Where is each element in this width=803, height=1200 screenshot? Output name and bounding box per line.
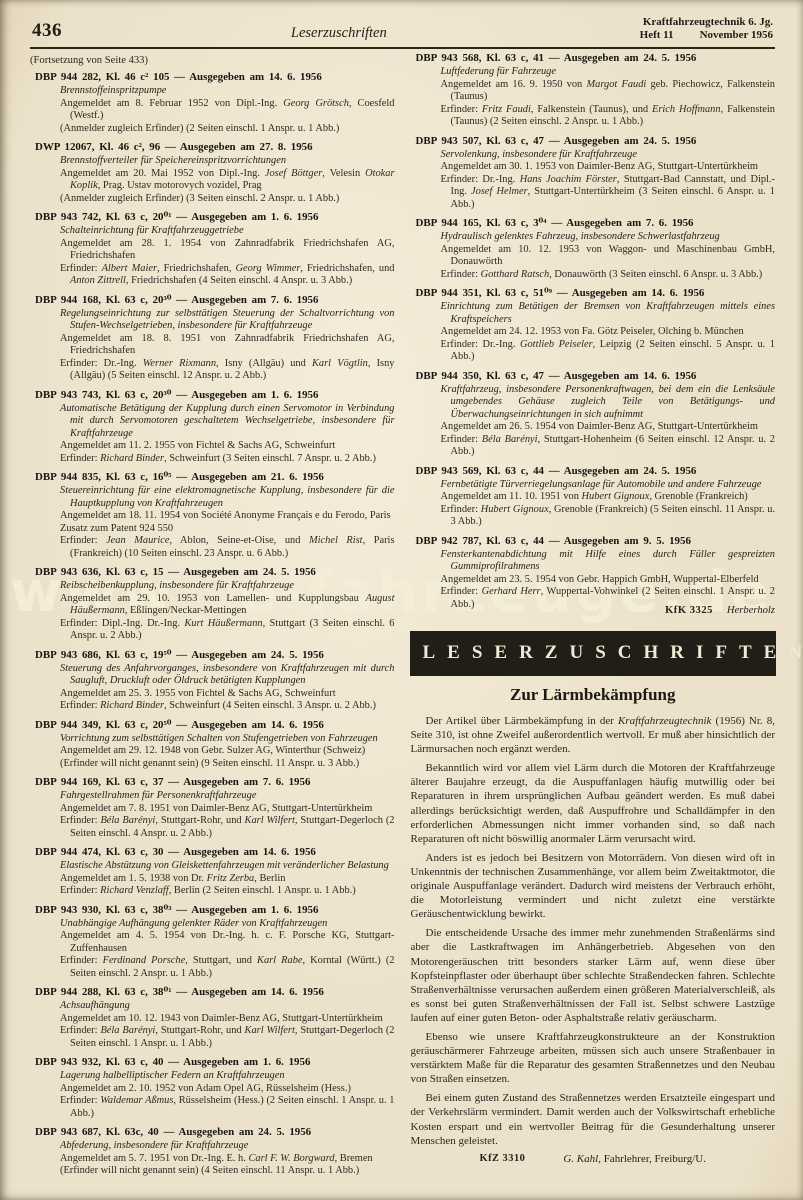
- patent-entry: DBP 944 169, Kl. 63 c, 37 — Ausgegeben a…: [30, 776, 395, 840]
- patent-title: Vorrichtung zum selbsttätigen Schalten v…: [30, 733, 395, 746]
- patent-title: Schalteinrichtung für Kraftfahrzeuggetri…: [30, 225, 395, 238]
- patent-head: DBP 944 350, Kl. 63 c, 47 — Ausgegeben a…: [416, 370, 776, 383]
- patent-detail: Angemeldet am 28. 1. 1954 von Zahnradfab…: [30, 238, 395, 263]
- patent-title: Steuereinrichtung für eine elektromagnet…: [30, 485, 395, 510]
- article-paragraph: Die entscheidende Ursache des immer mehr…: [411, 926, 776, 1025]
- patent-title: Steuerung des Anfahrvorganges, insbesond…: [30, 663, 395, 688]
- patent-detail: Angemeldet am 18. 8. 1951 von Zahnradfab…: [30, 333, 395, 358]
- patent-title: Fensterkantenabdichtung mit Hilfe eines …: [411, 549, 776, 574]
- patent-title: Fernbetätigte Türverriegelungsanlage für…: [411, 479, 776, 492]
- patent-entry: DBP 944 835, Kl. 63 c, 16⁰⁵ — Ausgegeben…: [30, 471, 395, 560]
- patent-entry: DWP 12067, Kl. 46 c², 96 — Ausgegeben am…: [30, 141, 395, 205]
- patent-column-right: DBP 943 568, Kl. 63 c, 41 — Ausgegeben a…: [411, 52, 776, 1184]
- patent-detail: Angemeldet am 18. 11. 1954 von Société A…: [30, 510, 395, 523]
- patent-detail: Angemeldet am 10. 12. 1943 von Daimler-B…: [30, 1013, 395, 1026]
- patent-detail: Erfinder: Richard Binder, Schweinfurt (4…: [30, 700, 395, 713]
- signature-code: KfZ 3310: [479, 1153, 525, 1164]
- patent-title: Kraftfahrzeug, insbesondere Personenkraf…: [411, 384, 776, 422]
- patent-entry: DBP 944 165, Kl. 63 c, 3⁰⁴ — Ausgegeben …: [411, 217, 776, 281]
- patent-detail: Angemeldet am 30. 1. 1953 von Daimler-Be…: [411, 161, 776, 174]
- signature-line: KfZ 3310 G. Kahl, Fahrlehrer, Freiburg/U…: [411, 1153, 776, 1165]
- patent-head: DBP 944 165, Kl. 63 c, 3⁰⁴ — Ausgegeben …: [416, 217, 776, 230]
- running-title: Leserzuschriften: [291, 25, 387, 42]
- patent-detail: Angemeldet am 8. Februar 1952 von Dipl.-…: [30, 98, 395, 123]
- patent-title: Servolenkung, insbesondere für Kraftfahr…: [411, 149, 776, 162]
- patent-head: DBP 943 569, Kl. 63 c, 44 — Ausgegeben a…: [416, 465, 776, 478]
- patent-head: DBP 944 351, Kl. 63 c, 51⁰⁹ — Ausgegeben…: [416, 287, 776, 300]
- patent-title: Elastische Abstützung von Gleiskettenfah…: [30, 860, 395, 873]
- patent-head: DBP 943 568, Kl. 63 c, 41 — Ausgegeben a…: [416, 52, 776, 65]
- patent-title: Abfederung, insbesondere für Kraftfahrze…: [30, 1140, 395, 1153]
- patent-detail: Erfinder: Fritz Faudi, Falkenstein (Taun…: [411, 104, 776, 129]
- patent-detail: Erfinder: Ferdinand Porsche, Stuttgart, …: [30, 955, 395, 980]
- patent-head: DBP 943 743, Kl. 63 c, 20³⁰ — Ausgegeben…: [35, 389, 395, 402]
- kfk-reference: KfK 3325Herberholz: [411, 605, 776, 616]
- patent-detail: Angemeldet am 29. 10. 1953 von Lamellen-…: [30, 593, 395, 618]
- patent-head: DBP 943 930, Kl. 63 c, 38⁰³ — Ausgegeben…: [35, 904, 395, 917]
- journal-page: www e-fahrzeuge.de 436 Leserzuschriften …: [0, 0, 803, 1200]
- patent-detail: Erfinder: Béla Barényi, Stuttgart-Rohr, …: [30, 1025, 395, 1050]
- journal-title: Kraftfahrzeugtechnik 6. Jg.: [643, 16, 773, 28]
- patent-head: DBP 944 288, Kl. 63 c, 38⁰¹ — Ausgegeben…: [35, 986, 395, 999]
- patent-title: Fahrgestellrahmen für Personenkraftfahrz…: [30, 790, 395, 803]
- patent-entry: DBP 943 932, Kl. 63 c, 40 — Ausgegeben a…: [30, 1056, 395, 1120]
- patent-entry: DBP 944 282, Kl. 46 c² 105 — Ausgegeben …: [30, 71, 395, 135]
- patent-detail: (Anmelder zugleich Erfinder) (2 Seiten e…: [30, 123, 395, 136]
- patent-title: Brennstoffverteiler für Speichereinsprit…: [30, 155, 395, 168]
- patent-detail: Erfinder: Dipl.-Ing. Dr.-Ing. Kurt Häuße…: [30, 618, 395, 643]
- patent-detail: Erfinder: Gotthard Ratsch, Donauwörth (3…: [411, 269, 776, 282]
- patent-detail: Angemeldet am 1. 5. 1938 von Dr. Fritz Z…: [30, 873, 395, 886]
- signature-author: G. Kahl, Fahrlehrer, Freiburg/U.: [563, 1153, 706, 1165]
- patent-entry: DBP 944 474, Kl. 63 c, 30 — Ausgegeben a…: [30, 846, 395, 898]
- patent-detail: Angemeldet am 2. 10. 1952 von Adam Opel …: [30, 1083, 395, 1096]
- patent-detail: Erfinder: Richard Binder, Schweinfurt (3…: [30, 453, 395, 466]
- continuation-note: (Fortsetzung von Seite 433): [30, 55, 395, 66]
- patent-title: Unabhängige Aufhängung gelenkter Räder v…: [30, 918, 395, 931]
- patent-entry: DBP 944 349, Kl. 63 c, 20⁵⁰ — Ausgegeben…: [30, 719, 395, 771]
- patent-detail: Angemeldet am 11. 10. 1951 von Hubert Gi…: [411, 491, 776, 504]
- patent-detail: Erfinder: Dr.-Ing. Hans Joachim Förster,…: [411, 174, 776, 212]
- patent-detail: Erfinder: Béla Barényi, Stuttgart-Hohenh…: [411, 434, 776, 459]
- patent-entry: DBP 943 686, Kl. 63 c, 19⁵⁰ — Ausgegeben…: [30, 649, 395, 713]
- leserzuschriften-banner: LESERZUSCHRIFTEN: [411, 632, 776, 675]
- patent-title: Reibscheibenkupplung, insbesondere für K…: [30, 580, 395, 593]
- patent-title: Hydraulisch gelenktes Fahrzeug, insbeson…: [411, 231, 776, 244]
- patent-entry: DBP 943 636, Kl. 63 c, 15 — Ausgegeben a…: [30, 566, 395, 643]
- patent-column-left: (Fortsetzung von Seite 433) DBP 944 282,…: [30, 52, 395, 1184]
- patent-entry: DBP 943 742, Kl. 63 c, 20⁰¹ — Ausgegeben…: [30, 211, 395, 288]
- patent-title: Einrichtung zum Betätigen der Bremsen vo…: [411, 301, 776, 326]
- patent-detail: Angemeldet am 16. 9. 1950 von Margot Fau…: [411, 79, 776, 104]
- patent-head: DBP 943 687, Kl. 63c, 40 — Ausgegeben am…: [35, 1126, 395, 1139]
- article-body: Der Artikel über Lärmbekämpfung in der K…: [411, 714, 776, 1148]
- patent-detail: Angemeldet am 5. 7. 1951 von Dr.-Ing. E.…: [30, 1153, 395, 1166]
- patent-detail: Erfinder: Dr.-Ing. Gottlieb Peiseler, Le…: [411, 339, 776, 364]
- patent-title: Automatische Betätigung der Kupplung dur…: [30, 403, 395, 441]
- patent-head: DBP 942 787, Kl. 63 c, 44 — Ausgegeben a…: [416, 535, 776, 548]
- article-paragraph: Der Artikel über Lärmbekämpfung in der K…: [411, 714, 776, 756]
- kfk-code: KfK 3325: [665, 605, 713, 616]
- patent-detail: Erfinder: Dr.-Ing. Werner Rixmann, Isny …: [30, 358, 395, 383]
- patent-entry: DBP 943 507, Kl. 63 c, 47 — Ausgegeben a…: [411, 135, 776, 212]
- content-columns: (Fortsetzung von Seite 433) DBP 944 282,…: [0, 52, 803, 1184]
- patent-entry: DBP 944 168, Kl. 63 c, 20³⁰ — Ausgegeben…: [30, 294, 395, 383]
- patent-detail: Erfinder: Hubert Gignoux, Grenoble (Fran…: [411, 504, 776, 529]
- patent-entry: DBP 943 569, Kl. 63 c, 44 — Ausgegeben a…: [411, 465, 776, 529]
- patent-head: DBP 943 507, Kl. 63 c, 47 — Ausgegeben a…: [416, 135, 776, 148]
- article-paragraph: Anders ist es jedoch bei Besitzern von M…: [411, 851, 776, 921]
- article-title: Zur Lärmbekämpfung: [411, 685, 776, 705]
- patent-detail: Angemeldet am 20. Mai 1952 von Dipl.-Ing…: [30, 168, 395, 193]
- patent-detail: (Erfinder will nicht genannt sein) (4 Se…: [30, 1165, 395, 1178]
- patent-detail: Angemeldet am 4. 5. 1954 von Dr.-Ing. h.…: [30, 930, 395, 955]
- patent-head: DBP 944 835, Kl. 63 c, 16⁰⁵ — Ausgegeben…: [35, 471, 395, 484]
- patent-detail: Angemeldet am 25. 3. 1955 von Fichtel & …: [30, 688, 395, 701]
- article-paragraph: Ebenso wie unsere Kraftfahrzeugkonstrukt…: [411, 1030, 776, 1086]
- patent-entry: DBP 944 350, Kl. 63 c, 47 — Ausgegeben a…: [411, 370, 776, 459]
- patent-detail: Erfinder: Jean Maurice, Ablon, Seine-et-…: [30, 535, 395, 560]
- patent-entry: DBP 943 930, Kl. 63 c, 38⁰³ — Ausgegeben…: [30, 904, 395, 981]
- patent-list-right: DBP 943 568, Kl. 63 c, 41 — Ausgegeben a…: [411, 52, 776, 611]
- kfk-author: Herberholz: [727, 605, 775, 616]
- patent-detail: Erfinder: Albert Maier, Friedrichshafen,…: [30, 263, 395, 288]
- patent-head: DBP 944 282, Kl. 46 c² 105 — Ausgegeben …: [35, 71, 395, 84]
- issue-date: November 1956: [700, 29, 773, 41]
- patent-detail: Angemeldet am 24. 12. 1953 von Fa. Götz …: [411, 326, 776, 339]
- patent-head: DBP 943 742, Kl. 63 c, 20⁰¹ — Ausgegeben…: [35, 211, 395, 224]
- patent-head: DBP 944 349, Kl. 63 c, 20⁵⁰ — Ausgegeben…: [35, 719, 395, 732]
- patent-head: DBP 944 169, Kl. 63 c, 37 — Ausgegeben a…: [35, 776, 395, 789]
- page-number: 436: [32, 20, 62, 42]
- patent-detail: Angemeldet am 23. 5. 1954 von Gebr. Happ…: [411, 574, 776, 587]
- patent-detail: Erfinder: Richard Venzlaff, Berlin (2 Se…: [30, 885, 395, 898]
- patent-entry: DBP 943 743, Kl. 63 c, 20³⁰ — Ausgegeben…: [30, 389, 395, 466]
- patent-detail: Erfinder: Béla Barényi, Stuttgart-Rohr, …: [30, 815, 395, 840]
- patent-title: Achsaufhängung: [30, 1000, 395, 1013]
- patent-title: Regelungseinrichtung zur selbsttätigen S…: [30, 308, 395, 333]
- patent-title: Luftfederung für Fahrzeuge: [411, 66, 776, 79]
- patent-detail: Angemeldet am 11. 2. 1955 von Fichtel & …: [30, 440, 395, 453]
- patent-head: DBP 943 686, Kl. 63 c, 19⁵⁰ — Ausgegeben…: [35, 649, 395, 662]
- patent-entry: DBP 944 351, Kl. 63 c, 51⁰⁹ — Ausgegeben…: [411, 287, 776, 364]
- patent-detail: Angemeldet am 7. 8. 1951 von Daimler-Ben…: [30, 803, 395, 816]
- patent-detail: (Anmelder zugleich Erfinder) (3 Seiten e…: [30, 193, 395, 206]
- patent-head: DBP 943 636, Kl. 63 c, 15 — Ausgegeben a…: [35, 566, 395, 579]
- article-paragraph: Bekanntlich wird vor allem viel Lärm dur…: [411, 761, 776, 846]
- patent-head: DBP 943 932, Kl. 63 c, 40 — Ausgegeben a…: [35, 1056, 395, 1069]
- patent-head: DBP 944 474, Kl. 63 c, 30 — Ausgegeben a…: [35, 846, 395, 859]
- patent-entry: DBP 943 687, Kl. 63c, 40 — Ausgegeben am…: [30, 1126, 395, 1178]
- patent-detail: Angemeldet am 29. 12. 1948 von Gebr. Sul…: [30, 745, 395, 758]
- article-paragraph: Bei einem guten Zustand des Straßennetze…: [411, 1091, 776, 1147]
- patent-detail: Erfinder: Waldemar Aßmus, Rüsselsheim (H…: [30, 1095, 395, 1120]
- patent-head: DBP 944 168, Kl. 63 c, 20³⁰ — Ausgegeben…: [35, 294, 395, 307]
- patent-title: Brennstoffeinspritzpumpe: [30, 85, 395, 98]
- patent-entry: DBP 943 568, Kl. 63 c, 41 — Ausgegeben a…: [411, 52, 776, 129]
- issue-number: Heft 11: [640, 29, 674, 41]
- patent-head: DWP 12067, Kl. 46 c², 96 — Ausgegeben am…: [35, 141, 395, 154]
- patent-detail: Zusatz zum Patent 924 550: [30, 523, 395, 536]
- page-header: 436 Leserzuschriften Kraftfahrzeugtechni…: [30, 0, 775, 49]
- patent-detail: (Erfinder will nicht genannt sein) (9 Se…: [30, 758, 395, 771]
- patent-detail: Angemeldet am 26. 5. 1954 von Daimler-Be…: [411, 421, 776, 434]
- patent-detail: Angemeldet am 10. 12. 1953 von Waggon- u…: [411, 244, 776, 269]
- patent-entry: DBP 942 787, Kl. 63 c, 44 — Ausgegeben a…: [411, 535, 776, 612]
- journal-info: Kraftfahrzeugtechnik 6. Jg. Heft 11Novem…: [640, 16, 773, 42]
- patent-entry: DBP 944 288, Kl. 63 c, 38⁰¹ — Ausgegeben…: [30, 986, 395, 1050]
- patent-title: Lagerung halbelliptischer Federn an Kraf…: [30, 1070, 395, 1083]
